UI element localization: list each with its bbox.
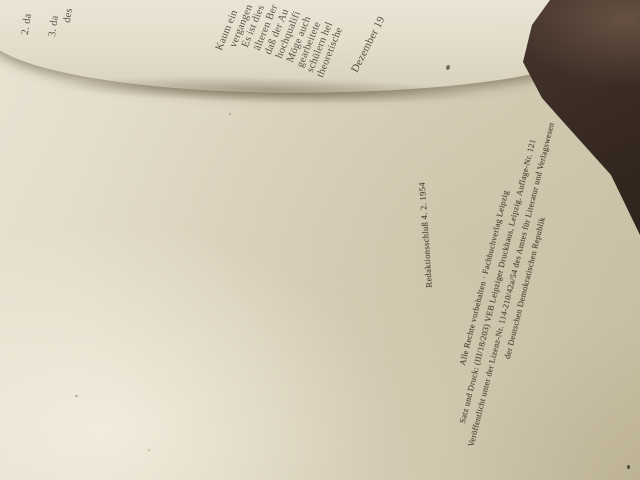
colophon-redaktionsschluss: Redaktionsschluß 4. 2. 1954 — [417, 182, 434, 288]
facing-page-fragment: des — [62, 8, 75, 24]
paper-speck — [627, 465, 630, 469]
colophon-block: Alle Rechte vorbehalten · Fachbuchverlag… — [429, 82, 580, 480]
paper-speck — [229, 113, 231, 115]
paper-speck — [75, 395, 78, 397]
book-photo: 2. da 3. da des Kaum ein vergangen Es is… — [0, 0, 640, 480]
paper-speck — [148, 449, 150, 451]
